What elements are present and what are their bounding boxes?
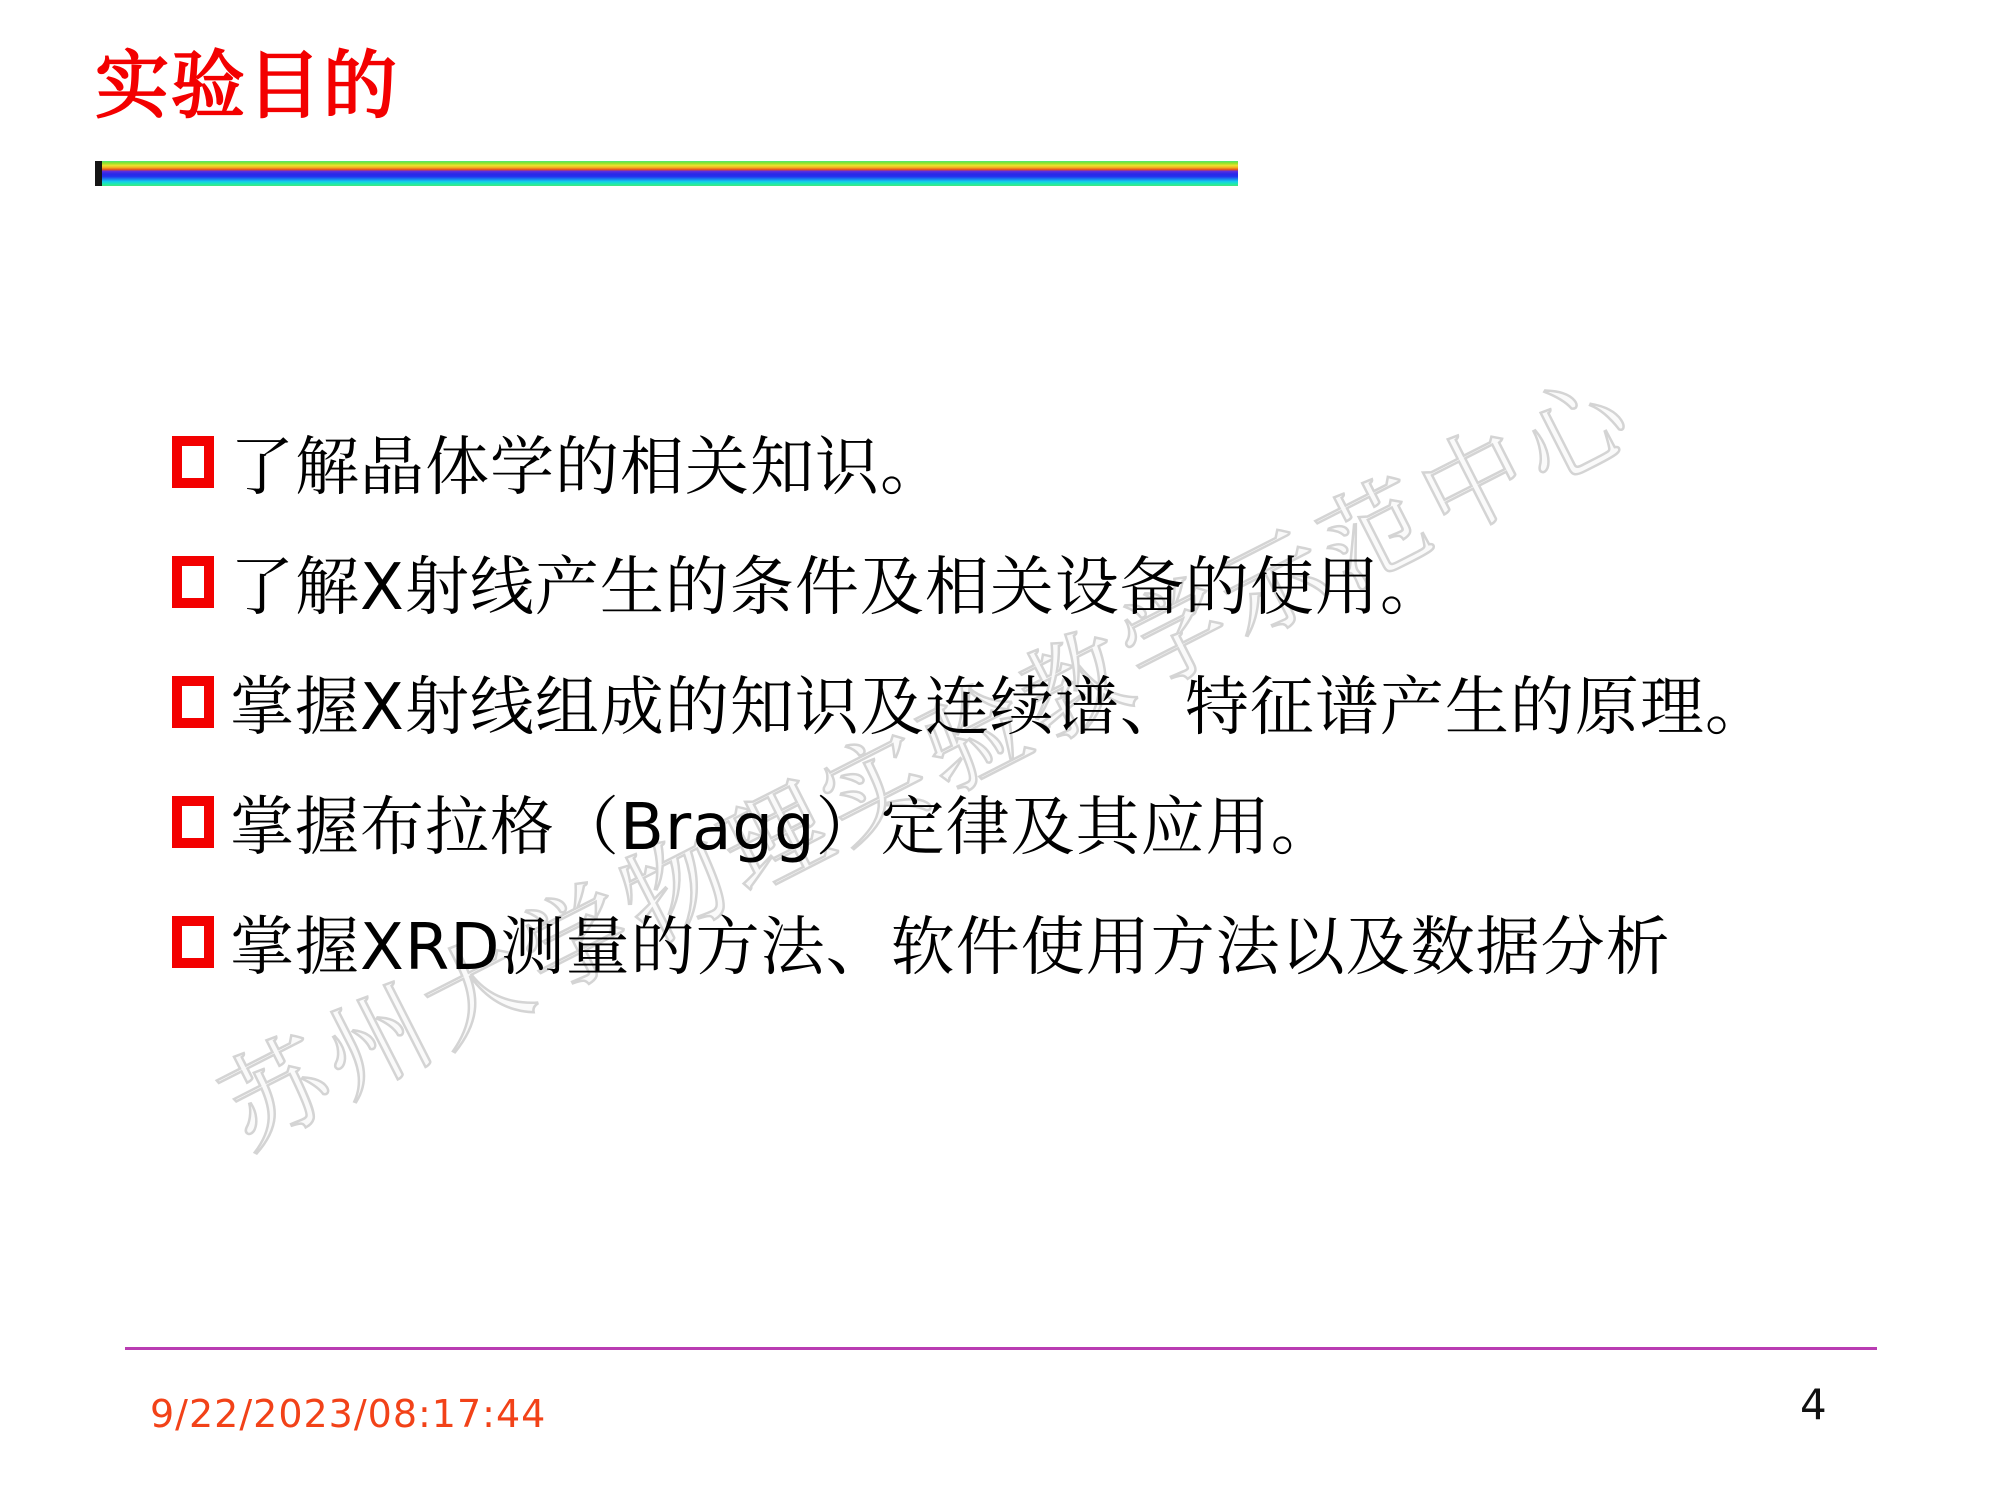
list-item: 了解X射线产生的条件及相关设备的使用。 (172, 522, 1770, 642)
square-bullet-icon (172, 436, 214, 488)
bullet-text: 了解晶体学的相关知识。 (230, 416, 945, 508)
footer-datetime: 9/22/2023/08:17:44 (150, 1392, 546, 1436)
list-item: 掌握布拉格（Bragg）定律及其应用。 (172, 762, 1770, 882)
page-number: 4 (1800, 1380, 1827, 1429)
bullet-text: 了解X射线产生的条件及相关设备的使用。 (230, 536, 1445, 628)
square-bullet-icon (172, 796, 214, 848)
square-bullet-icon (172, 556, 214, 608)
list-item: 了解晶体学的相关知识。 (172, 402, 1770, 522)
bullet-list: 了解晶体学的相关知识。 了解X射线产生的条件及相关设备的使用。 掌握X射线组成的… (172, 402, 1770, 1002)
bullet-text: 掌握X射线组成的知识及连续谱、特征谱产生的原理。 (230, 656, 1770, 748)
square-bullet-icon (172, 916, 214, 968)
bullet-text: 掌握布拉格（Bragg）定律及其应用。 (230, 776, 1336, 868)
bullet-text: 掌握XRD测量的方法、软件使用方法以及数据分析 (230, 896, 1671, 988)
list-item: 掌握X射线组成的知识及连续谱、特征谱产生的原理。 (172, 642, 1770, 762)
list-item: 掌握XRD测量的方法、软件使用方法以及数据分析 (172, 882, 1770, 1002)
title-underline-rainbow-bar (95, 161, 1238, 186)
slide-title: 实验目的 (95, 44, 399, 128)
footer-divider-line (125, 1347, 1877, 1350)
square-bullet-icon (172, 676, 214, 728)
presentation-slide: 苏州大学物理实验教学示范中心 实验目的 了解晶体学的相关知识。 了解X射线产生的… (0, 0, 2000, 1500)
